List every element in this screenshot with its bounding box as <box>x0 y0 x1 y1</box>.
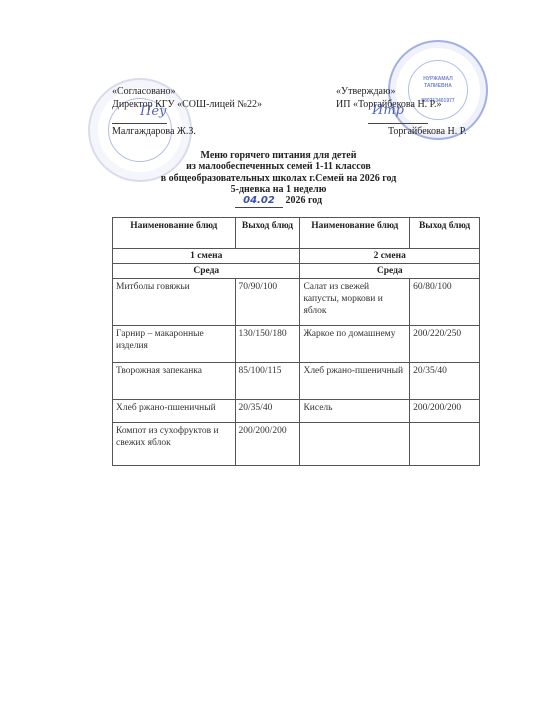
header-dish-name-1: Наименование блюд <box>113 218 236 249</box>
title-year: 2026 год <box>285 195 322 206</box>
portion-5-shift-2 <box>410 423 480 466</box>
approved-signature-line <box>368 123 428 124</box>
shift-row: 1 смена 2 смена <box>113 249 480 264</box>
header-portion-2: Выход блюд <box>410 218 480 249</box>
dish-4-shift-1: Хлеб ржано-пшеничный <box>113 400 236 423</box>
stamp-text-1: НУРЖАМАЛ <box>390 76 486 82</box>
portion-5-shift-1: 200/200/200 <box>235 423 300 466</box>
portion-4-shift-1: 20/35/40 <box>235 400 300 423</box>
agreed-name: Малгаждарова Ж.З. <box>112 125 262 138</box>
title-line-2: из малообеспеченных семей 1-11 классов <box>0 161 557 173</box>
title-date: 04.02 2026 год <box>0 195 557 208</box>
agreed-block: «Согласовано» Директор КГУ «СОШ-лицей №2… <box>112 85 262 138</box>
portion-3-shift-1: 85/100/115 <box>235 363 300 400</box>
portion-2-shift-1: 130/150/180 <box>235 326 300 363</box>
agreed-signature: Пеу <box>140 104 167 119</box>
table-row: Компот из сухофруктов и свежих яблок 200… <box>113 423 480 466</box>
approved-label: «Утверждаю» <box>336 85 467 98</box>
dish-2-shift-1: Гарнир – макаронные изделия <box>113 326 236 363</box>
approved-name: Торгайбекова Н. Р. <box>336 125 467 138</box>
title-line-1: Меню горячего питания для детей <box>0 150 557 162</box>
table-row: Гарнир – макаронные изделия 130/150/180 … <box>113 326 480 363</box>
table-row: Хлеб ржано-пшеничный 20/35/40 Кисель 200… <box>113 400 480 423</box>
table-row: Митболы говяжьи 70/90/100 Салат из свеже… <box>113 279 480 326</box>
portion-2-shift-2: 200/220/250 <box>410 326 480 363</box>
shift-1: 1 смена <box>113 249 300 264</box>
day-shift-1: Среда <box>113 264 300 279</box>
agreed-label: «Согласовано» <box>112 85 262 98</box>
day-shift-2: Среда <box>300 264 480 279</box>
portion-1-shift-2: 60/80/100 <box>410 279 480 326</box>
menu-table: Наименование блюд Выход блюд Наименовани… <box>112 217 480 466</box>
portion-1-shift-1: 70/90/100 <box>235 279 300 326</box>
dish-4-shift-2: Кисель <box>300 400 410 423</box>
dish-3-shift-2: Хлеб ржано-пшеничный <box>300 363 410 400</box>
day-row: Среда Среда <box>113 264 480 279</box>
title-line-4: 5-дневка на 1 неделю <box>0 184 557 196</box>
dish-5-shift-1: Компот из сухофруктов и свежих яблок <box>113 423 236 466</box>
portion-3-shift-2: 20/35/40 <box>410 363 480 400</box>
dish-5-shift-2 <box>300 423 410 466</box>
portion-4-shift-2: 200/200/200 <box>410 400 480 423</box>
agreed-position: Директор КГУ «СОШ-лицей №22» <box>112 98 262 111</box>
dish-1-shift-1: Митболы говяжьи <box>113 279 236 326</box>
dish-3-shift-1: Творожная запеканка <box>113 363 236 400</box>
shift-2: 2 смена <box>300 249 480 264</box>
agreed-signature-line <box>112 123 167 124</box>
title-line-3: в общеобразовательных школах г.Семей на … <box>0 173 557 185</box>
table-row: Творожная запеканка 85/100/115 Хлеб ржан… <box>113 363 480 400</box>
handwritten-date: 04.02 <box>235 195 283 208</box>
dish-1-shift-2: Салат из свежей капусты, моркови и яблок <box>300 279 410 326</box>
header-portion-1: Выход блюд <box>235 218 300 249</box>
table-header-row: Наименование блюд Выход блюд Наименовани… <box>113 218 480 249</box>
dish-2-shift-2: Жаркое по домашнему <box>300 326 410 363</box>
approved-signature: Итр <box>372 103 404 118</box>
header-dish-name-2: Наименование блюд <box>300 218 410 249</box>
